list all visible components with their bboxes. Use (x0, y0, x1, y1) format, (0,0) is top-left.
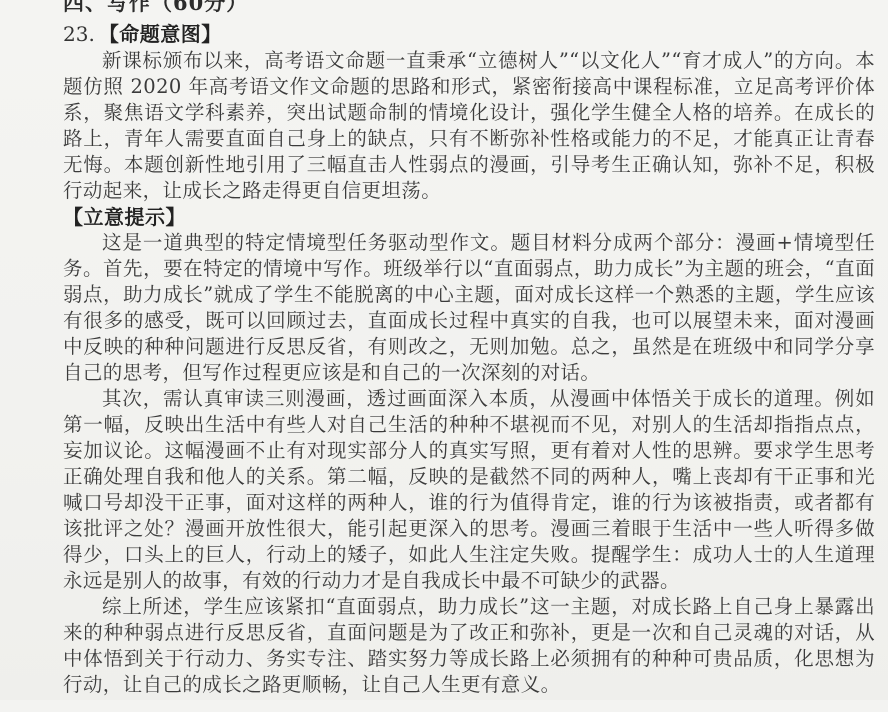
question-heading: 【命题意图】 (99, 22, 222, 46)
question-heading-line: 23.【命题意图】 (63, 21, 875, 48)
question-number: 23. (63, 22, 95, 46)
hint-paragraph-2: 其次，需认真审读三则漫画，透过画面深入本质，从漫画中体悟关于成长的道理。例如第一… (63, 386, 875, 594)
section-title: 四、写作（60分） (63, 0, 875, 18)
scanned-document-page: 四、写作（60分） 23.【命题意图】 新课标颁布以来，高考语文命题一直秉承“立… (0, 0, 888, 700)
hint-heading: 【立意提示】 (63, 204, 875, 230)
intent-paragraph: 新课标颁布以来，高考语文命题一直秉承“立德树人”“以文化人”“育才成人”的方向。… (63, 48, 875, 204)
hint-paragraph-3: 综上所述，学生应该紧扣“直面弱点，助力成长”这一主题，对成长路上自己身上暴露出来… (63, 594, 875, 698)
hint-paragraph-1: 这是一道典型的特定情境型任务驱动型作文。题目材料分成两个部分：漫画+情境型任务。… (63, 230, 875, 386)
document-content: 四、写作（60分） 23.【命题意图】 新课标颁布以来，高考语文命题一直秉承“立… (63, 0, 875, 698)
